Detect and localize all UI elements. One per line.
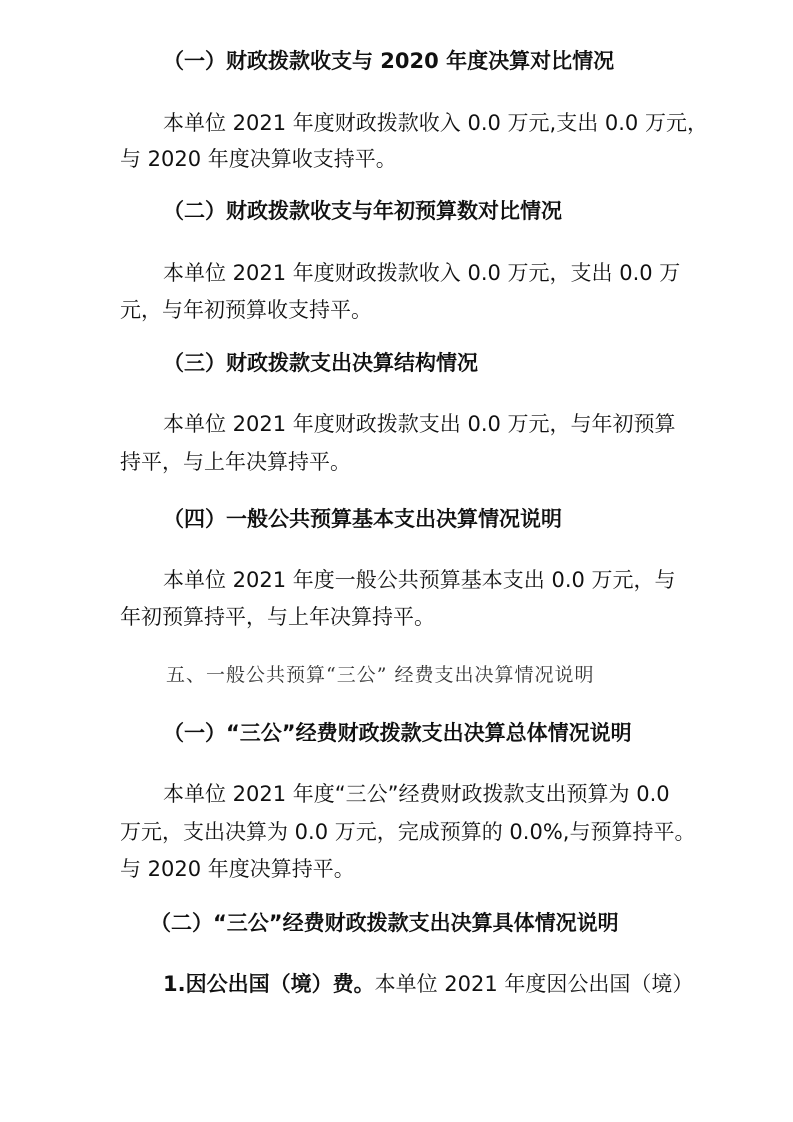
paragraph-line: 本单位 2021 年度财政拨款收入 0.0 万元,支出 0.0 万元， [163, 109, 708, 137]
item-text: 本单位 2021 年度因公出国（境） [375, 972, 694, 996]
heading-fiscal-vs-2020: （一）财政拨款收支与 2020 年度决算对比情况 [163, 47, 614, 75]
paragraph-line: 持平，与上年决算持平。 [120, 448, 351, 476]
paragraph-line: 本单位 2021 年度财政拨款支出 0.0 万元，与年初预算 [163, 410, 676, 438]
heading-expenditure-structure: （三）财政拨款支出决算结构情况 [163, 349, 478, 377]
heading-basic-expenditure: （四）一般公共预算基本支出决算情况说明 [163, 505, 562, 533]
paragraph-line: 1.因公出国（境）费。本单位 2021 年度因公出国（境） [163, 970, 693, 998]
paragraph-line: 元，与年初预算收支持平。 [120, 296, 372, 324]
heading-three-public-detail: （二）“三公”经费财政拨款支出决算具体情况说明 [150, 909, 619, 937]
paragraph-line: 万元，支出决算为 0.0 万元，完成预算的 0.0%,与预算持平。 [120, 818, 695, 846]
heading-fiscal-vs-budget: （二）财政拨款收支与年初预算数对比情况 [163, 197, 562, 225]
paragraph-line: 本单位 2021 年度一般公共预算基本支出 0.0 万元，与 [163, 566, 676, 594]
paragraph-line: 年初预算持平，与上年决算持平。 [120, 603, 435, 631]
heading-three-public-overall: （一）“三公”经费财政拨款支出决算总体情况说明 [163, 719, 632, 747]
paragraph-line: 本单位 2021 年度“三公”经费财政拨款支出预算为 0.0 [163, 780, 670, 808]
item-lead-overseas-travel: 1.因公出国（境）费。 [163, 972, 375, 996]
paragraph-line: 与 2020 年度决算持平。 [120, 855, 355, 883]
section-title-three-public: 五、一般公共预算“三公” 经费支出决算情况说明 [166, 661, 594, 689]
paragraph-line: 本单位 2021 年度财政拨款收入 0.0 万元，支出 0.0 万 [163, 259, 680, 287]
paragraph-line: 与 2020 年度决算收支持平。 [120, 145, 397, 173]
